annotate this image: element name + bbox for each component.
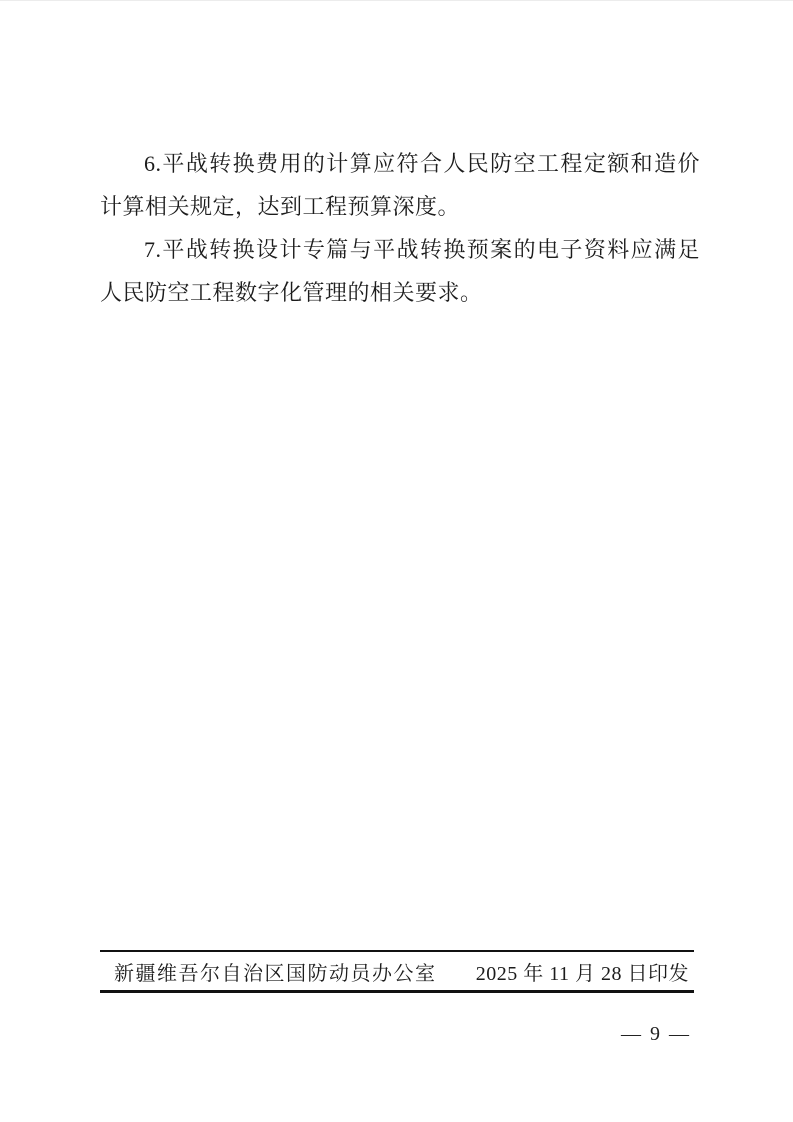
- page-canvas: 6.平战转换费用的计算应符合人民防空工程定额和造价计算相关规定，达到工程预算深度…: [0, 1, 793, 1122]
- print-date: 2025 年 11 月 28 日印发: [476, 957, 689, 986]
- issuing-agency: 新疆维吾尔自治区国防动员办公室: [114, 957, 437, 986]
- colophon-footer: 新疆维吾尔自治区国防动员办公室 2025 年 11 月 28 日印发: [100, 950, 694, 993]
- document-page: { "page": { "background": "#ffffff", "te…: [0, 0, 793, 1122]
- page-number: — 9 —: [621, 1023, 691, 1046]
- document-body: 6.平战转换费用的计算应符合人民防空工程定额和造价计算相关规定，达到工程预算深度…: [100, 142, 700, 314]
- body-paragraph-7: 7.平战转换设计专篇与平战转换预案的电子资料应满足人民防空工程数字化管理的相关要…: [100, 228, 700, 314]
- body-paragraph-6: 6.平战转换费用的计算应符合人民防空工程定额和造价计算相关规定，达到工程预算深度…: [100, 142, 700, 228]
